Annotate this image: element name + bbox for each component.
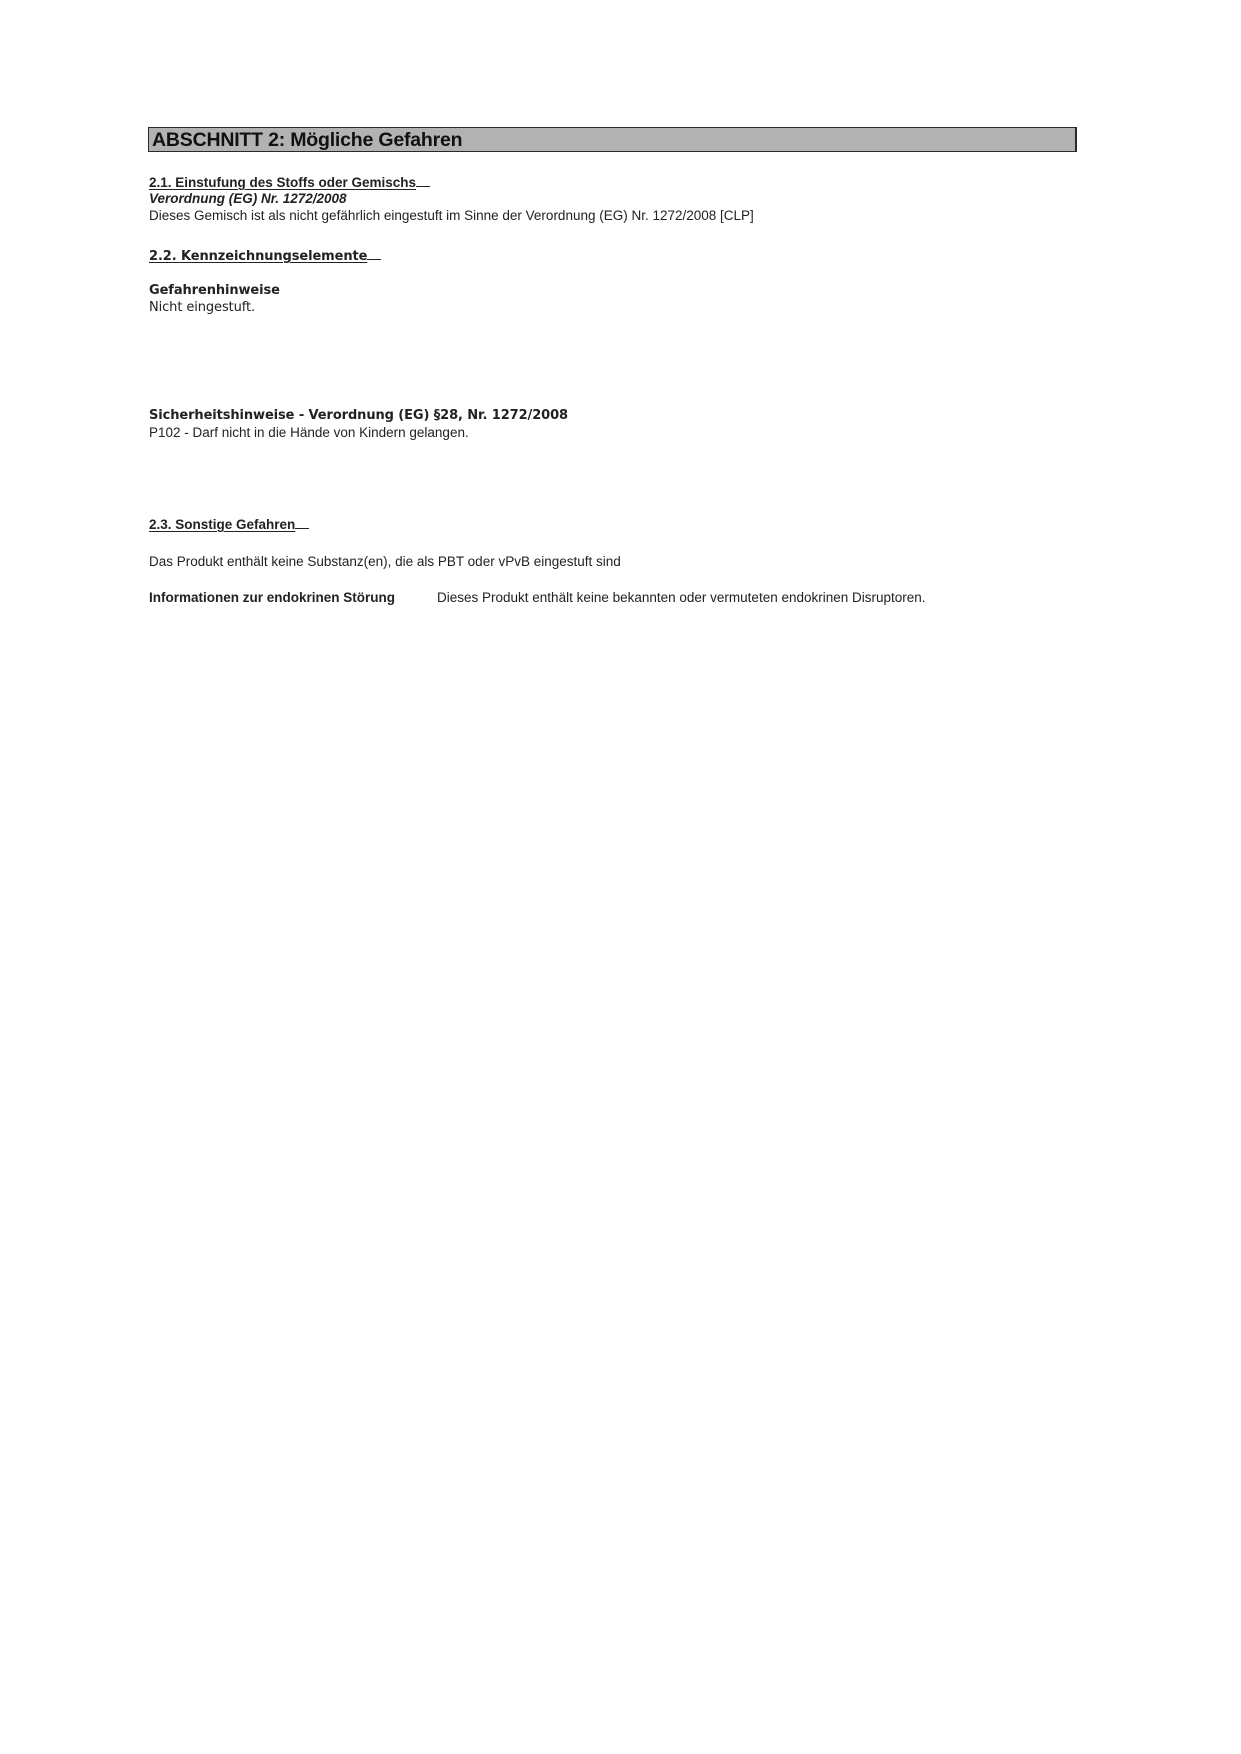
- subsection-heading-2-1-text: 2.1. Einstufung des Stoffs oder Gemischs: [149, 175, 416, 190]
- subsection-heading-2-3-text: 2.3. Sonstige Gefahren: [149, 517, 295, 532]
- hazard-statements-value: Nicht eingestuft.: [149, 299, 255, 316]
- classification-statement: Dieses Gemisch ist als nicht gefährlich …: [149, 207, 754, 224]
- regulation-reference: Verordnung (EG) Nr. 1272/2008: [149, 190, 347, 207]
- precautionary-statement-p102: P102 - Darf nicht in die Hände von Kinde…: [149, 424, 469, 441]
- hazard-statements-label: Gefahrenhinweise: [149, 282, 280, 299]
- heading-underline-trail: [416, 173, 430, 187]
- endocrine-disruption-value: Dieses Produkt enthält keine bekannten o…: [437, 589, 926, 607]
- endocrine-disruption-label: Informationen zur endokrinen Störung: [149, 589, 409, 607]
- subsection-heading-2-3: 2.3. Sonstige Gefahren: [149, 515, 309, 533]
- subsection-heading-2-2: 2.2. Kennzeichnungselemente: [149, 246, 381, 265]
- subsection-heading-2-1: 2.1. Einstufung des Stoffs oder Gemischs: [149, 173, 430, 191]
- section-title: ABSCHNITT 2: Mögliche Gefahren: [152, 129, 462, 152]
- heading-underline-trail: [367, 246, 381, 260]
- subsection-heading-2-2-text: 2.2. Kennzeichnungselemente: [149, 249, 367, 264]
- pbt-vpvb-statement: Das Produkt enthält keine Substanz(en), …: [149, 553, 621, 570]
- precautionary-statements-label: Sicherheitshinweise - Verordnung (EG) §2…: [149, 407, 568, 424]
- heading-underline-trail: [295, 515, 309, 529]
- section-header-bar: ABSCHNITT 2: Mögliche Gefahren: [148, 127, 1077, 152]
- document-page: ABSCHNITT 2: Mögliche Gefahren 2.1. Eins…: [0, 0, 1241, 1754]
